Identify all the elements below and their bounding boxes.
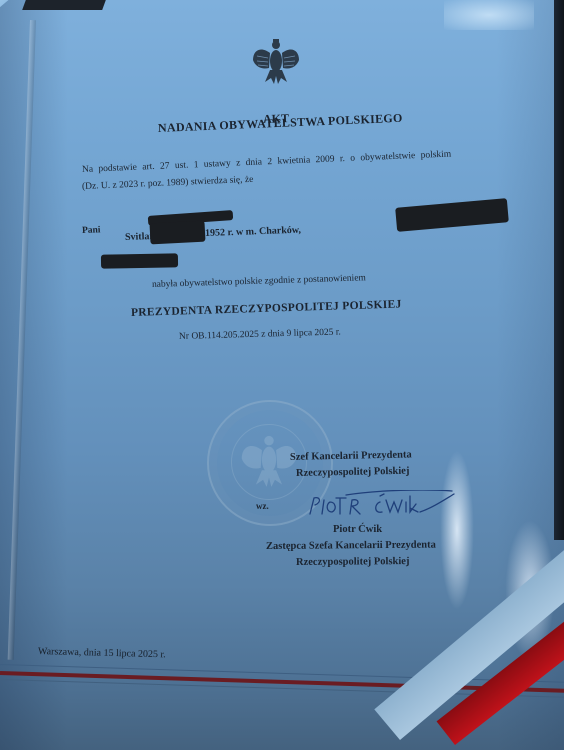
office-title: Szef Kancelarii Prezydenta — [290, 449, 412, 463]
acquisition-statement: nabyła obywatelstwo polskie zgodnie z po… — [152, 273, 366, 290]
salutation: Pani — [82, 225, 101, 236]
redaction-block — [101, 253, 178, 268]
redaction-block — [149, 221, 205, 245]
decision-reference: Nr OB.114.205.2025 z dnia 9 lipca 2025 r… — [179, 327, 341, 342]
office-title: Rzeczypospolitej Polskiej — [296, 466, 410, 479]
redaction-block — [395, 198, 509, 232]
eagle-emblem-icon — [249, 36, 303, 90]
legal-basis-line: Na podstawie art. 27 ust. 1 ustawy z dni… — [82, 150, 452, 175]
place-and-date: Warszawa, dnia 15 lipca 2025 r. — [38, 646, 166, 660]
signer-role: Rzeczypospolitej Polskiej — [296, 556, 410, 568]
on-behalf-mark: wz. — [256, 501, 269, 511]
signer-role: Zastępca Szefa Kancelarii Prezydenta — [266, 540, 436, 552]
certificate-content: AKT NADANIA OBYWATELSTWA POLSKIEGO Na po… — [0, 0, 564, 750]
signer-name: Piotr Ćwik — [333, 524, 382, 535]
legal-basis-line: (Dz. U. z 2023 r. poz. 1989) stwierdza s… — [82, 175, 254, 192]
issuing-authority: PREZYDENTA RZECZYPOSPOLITEJ POLSKIEJ — [131, 299, 402, 319]
handwritten-signature — [306, 490, 456, 520]
birth-details: 1952 r. w m. Charków, — [205, 225, 301, 239]
